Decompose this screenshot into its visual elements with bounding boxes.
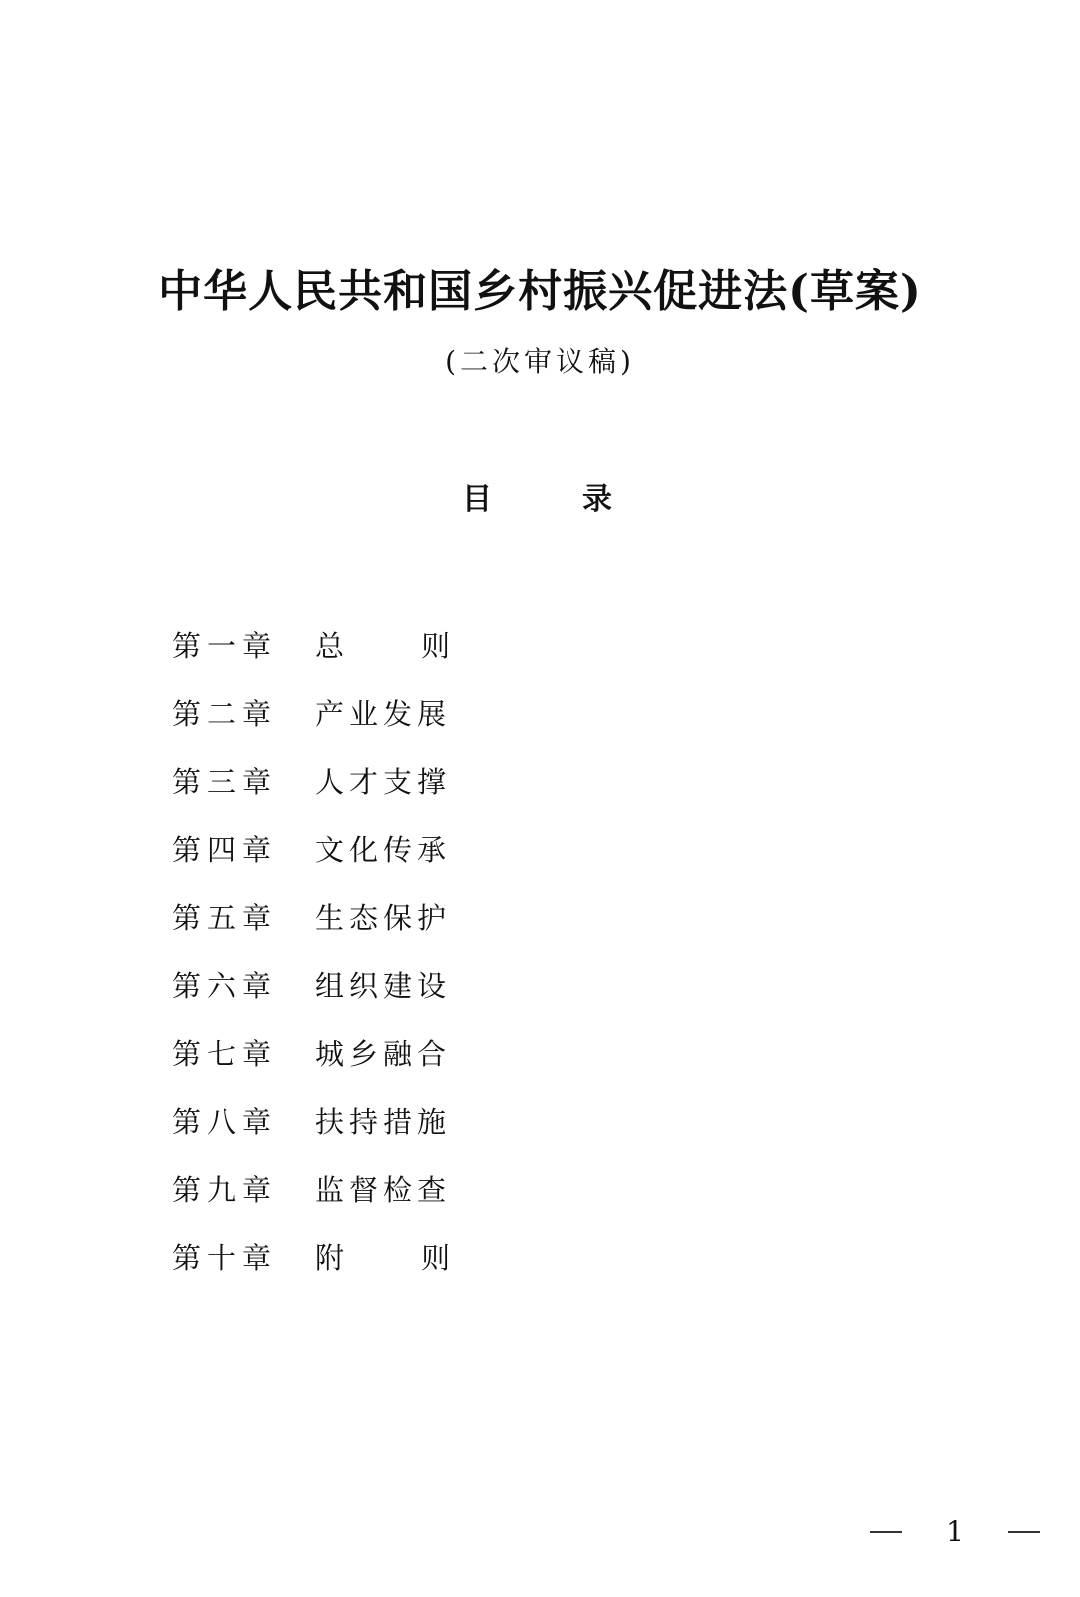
chapter-number: 第十章 [172,1236,315,1280]
page-number-footer: 1 [870,1510,1040,1554]
toc-item-chapter-5: 第五章 生态保护 [172,884,455,952]
toc-item-chapter-1: 第一章 总 则 [172,612,455,680]
document-subtitle: (二次审议稿) [0,340,1080,384]
toc-heading-char: 录 [582,478,612,522]
chapter-number: 第八章 [172,1100,315,1144]
table-of-contents: 第一章 总 则 第二章 产业发展 第三章 人才支撑 第四章 文化传承 第五章 生… [172,612,455,1292]
toc-heading: 目 录 [462,478,612,522]
dash-right-icon [1008,1531,1040,1533]
chapter-title: 城乡融合 [315,1032,455,1076]
chapter-title: 人才支撑 [315,760,455,804]
chapter-number: 第三章 [172,760,315,804]
chapter-title-part: 则 [421,624,455,668]
toc-item-chapter-10: 第十章 附 则 [172,1224,455,1292]
chapter-number: 第七章 [172,1032,315,1076]
toc-item-chapter-9: 第九章 监督检查 [172,1156,455,1224]
toc-heading-char: 目 [462,478,492,522]
chapter-number: 第二章 [172,692,315,736]
chapter-title-part: 总 [315,624,349,668]
chapter-title: 文化传承 [315,828,455,872]
toc-item-chapter-6: 第六章 组织建设 [172,952,455,1020]
chapter-title: 扶持措施 [315,1100,455,1144]
chapter-number: 第一章 [172,624,315,668]
chapter-title: 产业发展 [315,692,455,736]
document-title: 中华人民共和国乡村振兴促进法(草案) [0,262,1080,322]
chapter-title: 附 则 [315,1236,455,1280]
toc-item-chapter-8: 第八章 扶持措施 [172,1088,455,1156]
chapter-title: 生态保护 [315,896,455,940]
chapter-title: 组织建设 [315,964,455,1008]
chapter-number: 第九章 [172,1168,315,1212]
dash-left-icon [870,1531,902,1533]
chapter-number: 第六章 [172,964,315,1008]
chapter-number: 第五章 [172,896,315,940]
chapter-title: 总 则 [315,624,455,668]
toc-item-chapter-7: 第七章 城乡融合 [172,1020,455,1088]
toc-item-chapter-4: 第四章 文化传承 [172,816,455,884]
toc-item-chapter-3: 第三章 人才支撑 [172,748,455,816]
chapter-title-part: 则 [421,1236,455,1280]
chapter-title-part: 附 [315,1236,349,1280]
toc-item-chapter-2: 第二章 产业发展 [172,680,455,748]
chapter-title: 监督检查 [315,1168,455,1212]
page-number: 1 [946,1510,964,1554]
chapter-number: 第四章 [172,828,315,872]
